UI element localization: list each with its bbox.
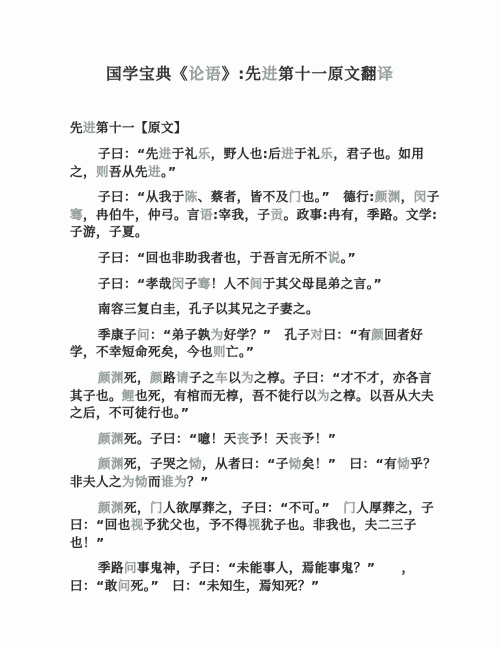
paragraph-11: 季路问事鬼神，子曰：“未能事人，焉能事鬼？” ，曰：“敢问死。” 曰：“未知生，… — [70, 559, 442, 594]
document-page: 国学宝典《论语》:先进第十一原文翻译 先进第十一【原文】 子曰：“先进于礼乐，野… — [0, 0, 500, 648]
paragraph-10: 颜渊死，门人欲厚葬之，子曰：“不可。” 门人厚葬之，子曰：“回也视予犹父也，予不… — [70, 499, 442, 552]
paragraph-3: 子曰：“回也非助我者也，于吾言无所不说。” — [70, 249, 442, 267]
paragraph-7: 颜渊死，颜路请子之车以为之椁。子曰：“才不才，亦各言其子也。鲤也死，有棺而无椁，… — [70, 369, 442, 422]
page-title: 国学宝典《论语》:先进第十一原文翻译 — [0, 62, 500, 84]
paragraph-1: 子曰：“先进于礼乐，野人也:后进于礼乐，君子也。如用之，则吾从先进。” — [70, 145, 442, 180]
section-heading: 先进第十一【原文】 — [70, 118, 442, 136]
paragraph-4: 子曰：“孝哉闵子骞！人不间于其父母昆弟之言。” — [70, 275, 442, 293]
paragraph-8: 颜渊死。子曰：“噫！天丧予！天丧予！” — [70, 430, 442, 448]
paragraph-5: 南容三复白圭，孔子以其兄之子妻之。 — [70, 300, 442, 318]
paragraph-9: 颜渊死，子哭之恸，从者曰：“子恸矣！” 曰：“有恸乎？非夫人之为恸而谁为？” — [70, 455, 442, 490]
paragraph-2: 子曰：“从我于陈、蔡者，皆不及门也。” 德行:颜渊，闵子骞，冉伯牛，仲弓。言语:… — [70, 188, 442, 241]
paragraph-6: 季康子问：“弟子孰为好学？” 孔子对曰：“有颜回者好学，不幸短命死矣，今也则亡。… — [70, 326, 442, 361]
